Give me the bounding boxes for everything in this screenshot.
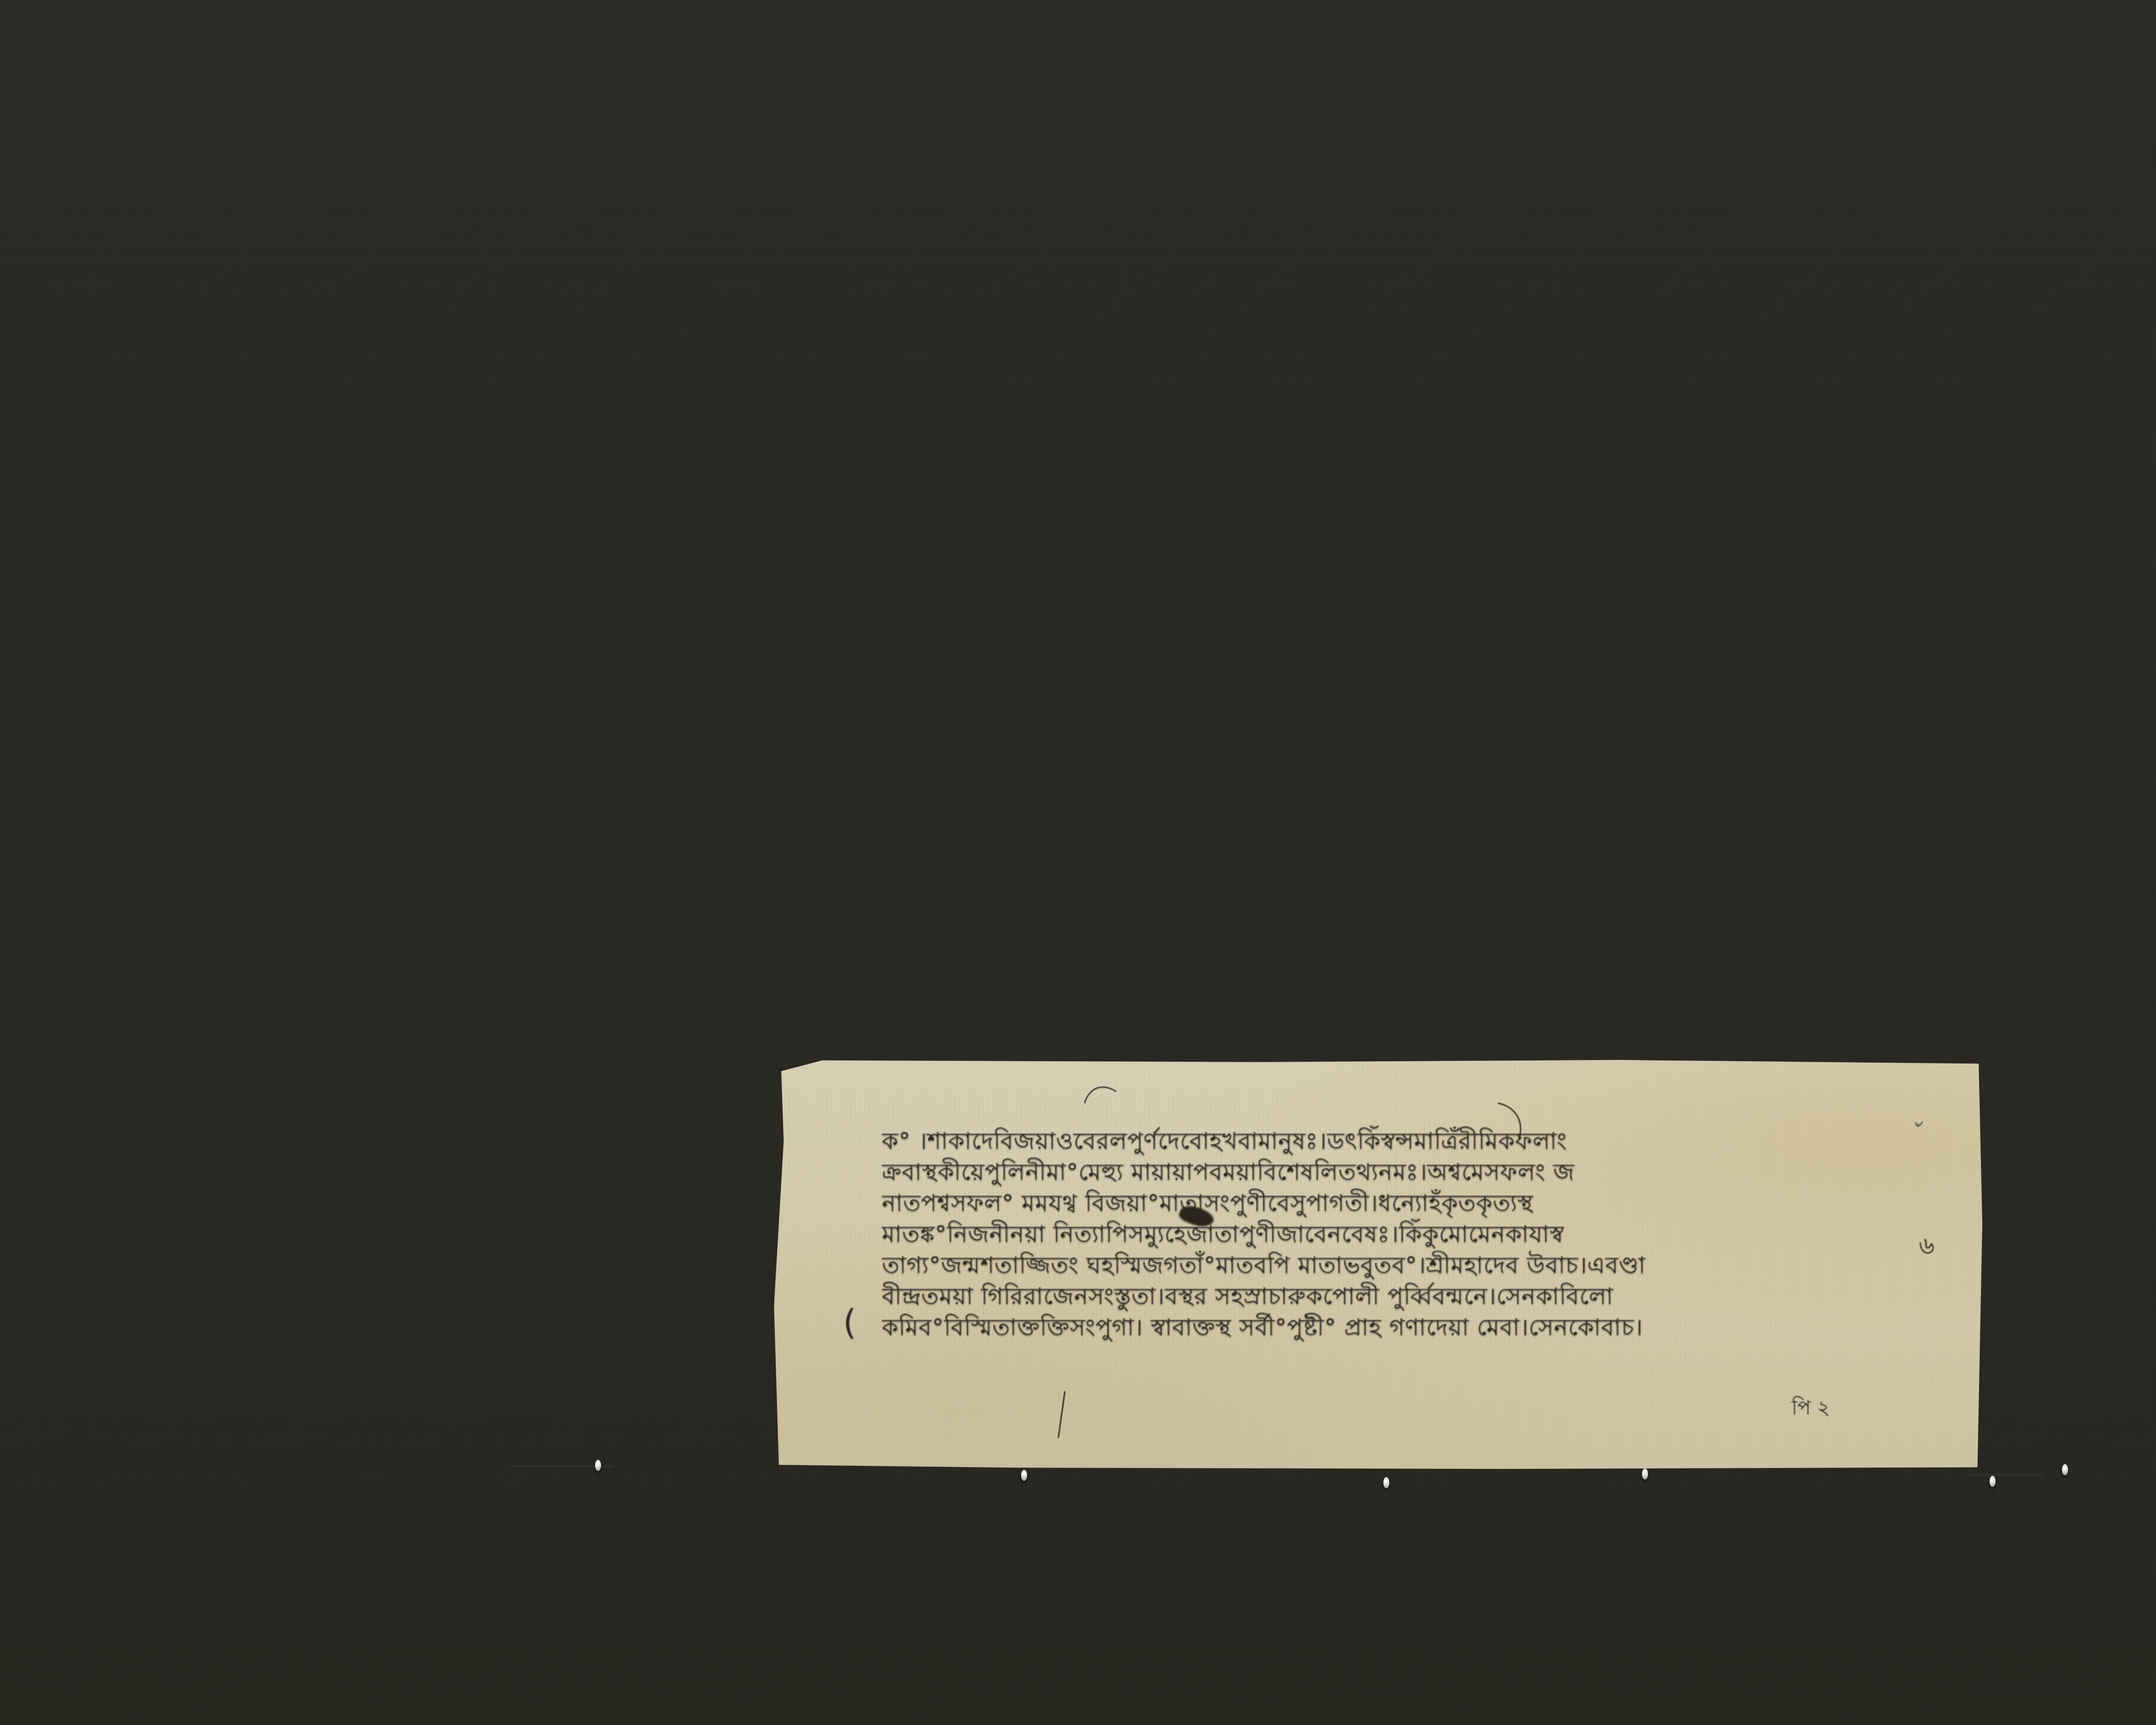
text-line-6: বীন্দ্রতময়া গিরিরাজেনসংস্তুতা।বস্থর সহস… <box>882 1281 1930 1312</box>
margin-mark-top-right: ৺ <box>1912 1115 1922 1141</box>
text-line-7: কমিব°বিস্মিতাক্তক্তিসংপুগা। স্বাবাক্তস্থ… <box>882 1312 1930 1343</box>
page-number-marker: পি ২ <box>1792 1393 1830 1426</box>
pin-bottom-3 <box>1642 1468 1648 1480</box>
manuscript-text: ক° ।শাকাদেবিজয়াওবেরলপুর্ণদেবোহখবামানুষঃ… <box>882 1126 1930 1343</box>
left-bracket-mark: ( <box>843 1302 856 1342</box>
pin-bottom-1 <box>1021 1470 1027 1481</box>
pin-bottom-2 <box>1383 1477 1389 1488</box>
pin-right-2 <box>2062 1464 2068 1475</box>
text-line-1: ক° ।শাকাদেবিজয়াওবেরলপুর্ণদেবোহখবামানুষঃ… <box>882 1126 1930 1157</box>
margin-mark-right: ৬ <box>1919 1227 1934 1267</box>
pin-right-1 <box>1990 1476 1996 1487</box>
pin-left <box>595 1460 601 1471</box>
text-line-2: ক্রবাস্থকীয়েপুলিনীমা°মেহ্যু মায়ায়াপবম… <box>882 1157 1930 1188</box>
text-line-3: নাতপশ্বসফল° মমযথ্ব বিজয়া°মাতাসংপুণীবেসু… <box>882 1188 1930 1219</box>
ink-stroke-bottom <box>1057 1391 1065 1438</box>
manuscript-leaf: ক° ।শাকাদেবিজয়াওবেরলপুর্ণদেবোহখবামানুষঃ… <box>774 1059 1984 1471</box>
mounting-line-right <box>1966 1474 2044 1476</box>
text-line-5: তাগ্য°জন্মশতাজ্জিতং ঘহস্মিজগতাঁ°মাতবপি ম… <box>882 1250 1930 1281</box>
text-line-4: মাতঙ্ক°নিজনীনয়া নিত্যাপিসম্যুহেজাতাপুণী… <box>882 1219 1930 1250</box>
